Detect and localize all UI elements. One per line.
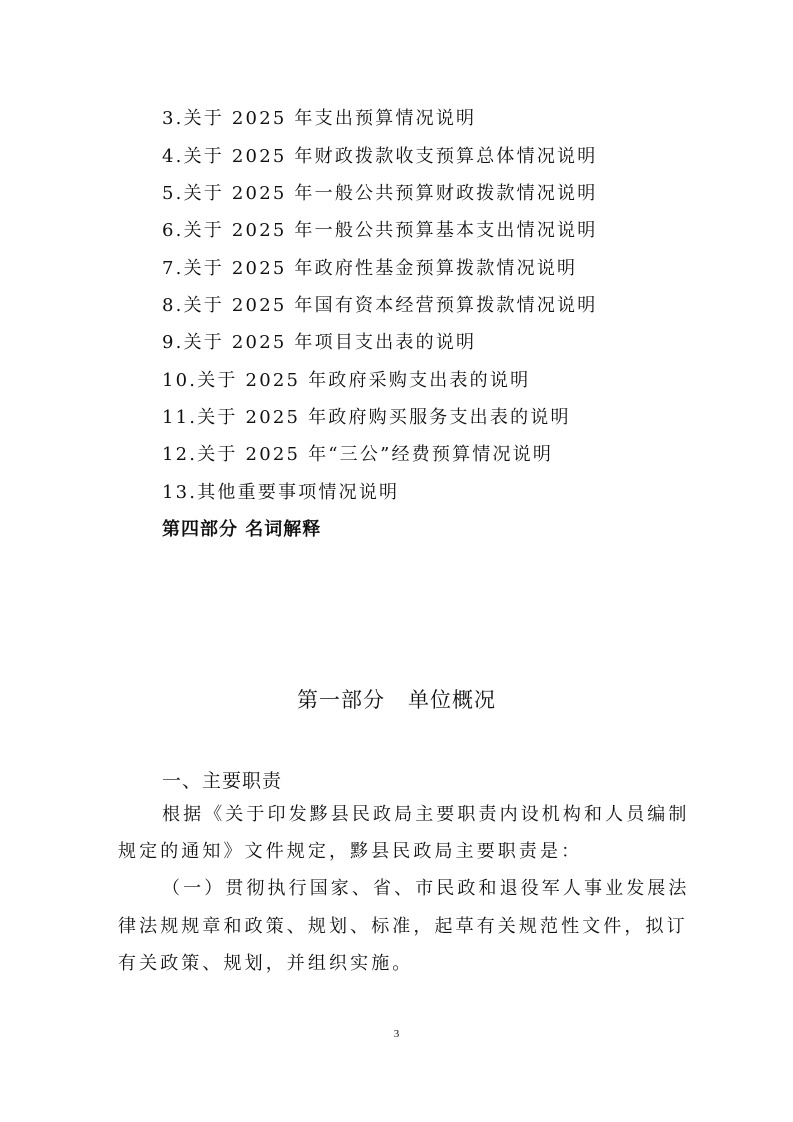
paragraph-line: 规定的通知》文件规定，黟县民政局主要职责是： xyxy=(118,840,582,864)
toc-item: 11.关于 2025 年政府购买服务支出表的说明 xyxy=(162,406,571,430)
part-one-title: 第一部分 单位概况 xyxy=(0,684,793,714)
paragraph-line: 有关政策、规划，并组织实施。 xyxy=(118,952,413,976)
paragraph-line: （一）贯彻执行国家、省、市民政和退役军人事业发展法 xyxy=(162,877,690,901)
toc-item: 3.关于 2025 年支出预算情况说明 xyxy=(162,107,476,131)
toc-item: 12.关于 2025 年“三公”经费预算情况说明 xyxy=(162,443,553,467)
toc-item: 10.关于 2025 年政府采购支出表的说明 xyxy=(162,369,530,393)
toc-item: 4.关于 2025 年财政拨款收支预算总体情况说明 xyxy=(162,145,597,169)
toc-item: 5.关于 2025 年一般公共预算财政拨款情况说明 xyxy=(162,182,597,206)
toc-part-four-heading: 第四部分 名词解释 xyxy=(162,518,321,542)
toc-item: 7.关于 2025 年政府性基金预算拨款情况说明 xyxy=(162,257,577,281)
toc-item: 6.关于 2025 年一般公共预算基本支出情况说明 xyxy=(162,219,597,243)
toc-item: 13.其他重要事项情况说明 xyxy=(162,481,399,505)
toc-item: 9.关于 2025 年项目支出表的说明 xyxy=(162,331,476,355)
paragraph-line: 律法规规章和政策、规划、标准，起草有关规范性文件，拟订 xyxy=(118,915,688,939)
paragraph-line: 根据《关于印发黟县民政局主要职责内设机构和人员编制 xyxy=(162,803,690,827)
toc-item: 8.关于 2025 年国有资本经营预算拨款情况说明 xyxy=(162,294,597,318)
page-number: 3 xyxy=(0,1028,793,1040)
section-heading-main-duties: 一、主要职责 xyxy=(162,766,282,793)
